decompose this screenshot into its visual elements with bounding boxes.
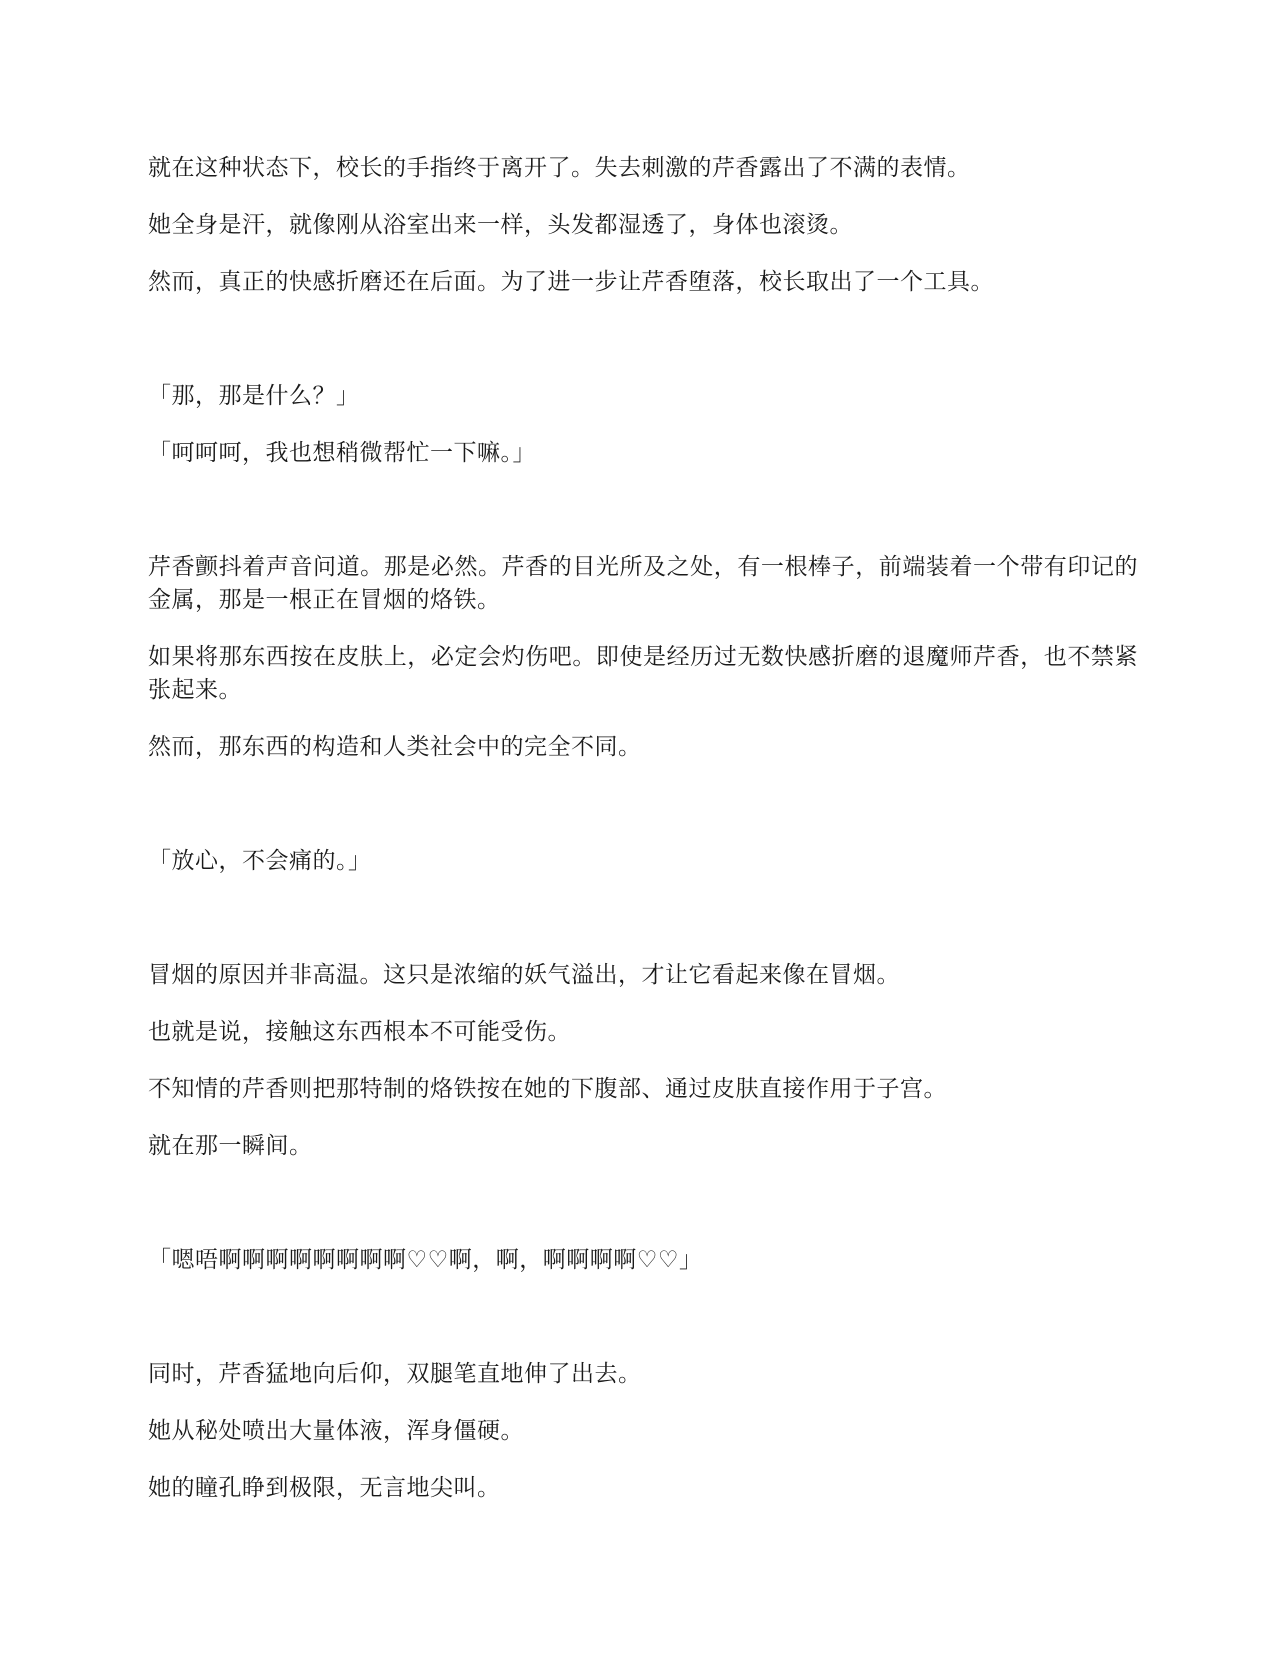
paragraph: 也就是说，接触这东西根本不可能受伤。: [148, 1015, 1138, 1048]
paragraph: 就在这种状态下，校长的手指终于离开了。失去刺激的芹香露出了不满的表情。: [148, 151, 1138, 184]
paragraph-group: 芹香颤抖着声音问道。那是必然。芹香的目光所及之处，有一根棒子，前端装着一个带有印…: [148, 550, 1138, 787]
paragraph-group: 「那，那是什么？」 「呵呵呵，我也想稍微帮忙一下嘛。」: [148, 379, 1138, 493]
paragraph: 她从秘处喷出大量体液，浑身僵硬。: [148, 1414, 1138, 1447]
paragraph: 然而，那东西的构造和人类社会中的完全不同。: [148, 730, 1138, 763]
paragraph: 冒烟的原因并非高温。这只是浓缩的妖气溢出，才让它看起来像在冒烟。: [148, 958, 1138, 991]
paragraph-group: 就在这种状态下，校长的手指终于离开了。失去刺激的芹香露出了不满的表情。 她全身是…: [148, 151, 1138, 322]
document-page: 就在这种状态下，校长的手指终于离开了。失去刺激的芹香露出了不满的表情。 她全身是…: [0, 0, 1280, 1656]
paragraph: 不知情的芹香则把那特制的烙铁按在她的下腹部、通过皮肤直接作用于子宫。: [148, 1072, 1138, 1105]
paragraph-group: 「嗯唔啊啊啊啊啊啊啊啊♡♡啊，啊，啊啊啊啊♡♡」: [148, 1243, 1138, 1300]
paragraph: 芹香颤抖着声音问道。那是必然。芹香的目光所及之处，有一根棒子，前端装着一个带有印…: [148, 550, 1138, 616]
dialogue-paragraph: 「放心，不会痛的。」: [148, 844, 1138, 877]
paragraph: 然而，真正的快感折磨还在后面。为了进一步让芹香堕落，校长取出了一个工具。: [148, 265, 1138, 298]
dialogue-paragraph: 「那，那是什么？」: [148, 379, 1138, 412]
paragraph-group: 「放心，不会痛的。」: [148, 844, 1138, 901]
paragraph: 如果将那东西按在皮肤上，必定会灼伤吧。即使是经历过无数快感折磨的退魔师芹香，也不…: [148, 640, 1138, 706]
paragraph-group: 同时，芹香猛地向后仰，双腿笔直地伸了出去。 她从秘处喷出大量体液，浑身僵硬。 她…: [148, 1357, 1138, 1528]
paragraph-group: 冒烟的原因并非高温。这只是浓缩的妖气溢出，才让它看起来像在冒烟。 也就是说，接触…: [148, 958, 1138, 1186]
paragraph: 就在那一瞬间。: [148, 1129, 1138, 1162]
paragraph: 她的瞳孔睁到极限，无言地尖叫。: [148, 1471, 1138, 1504]
paragraph: 她全身是汗，就像刚从浴室出来一样，头发都湿透了，身体也滚烫。: [148, 208, 1138, 241]
dialogue-paragraph: 「呵呵呵，我也想稍微帮忙一下嘛。」: [148, 436, 1138, 469]
paragraph: 同时，芹香猛地向后仰，双腿笔直地伸了出去。: [148, 1357, 1138, 1390]
dialogue-paragraph: 「嗯唔啊啊啊啊啊啊啊啊♡♡啊，啊，啊啊啊啊♡♡」: [148, 1243, 1138, 1276]
